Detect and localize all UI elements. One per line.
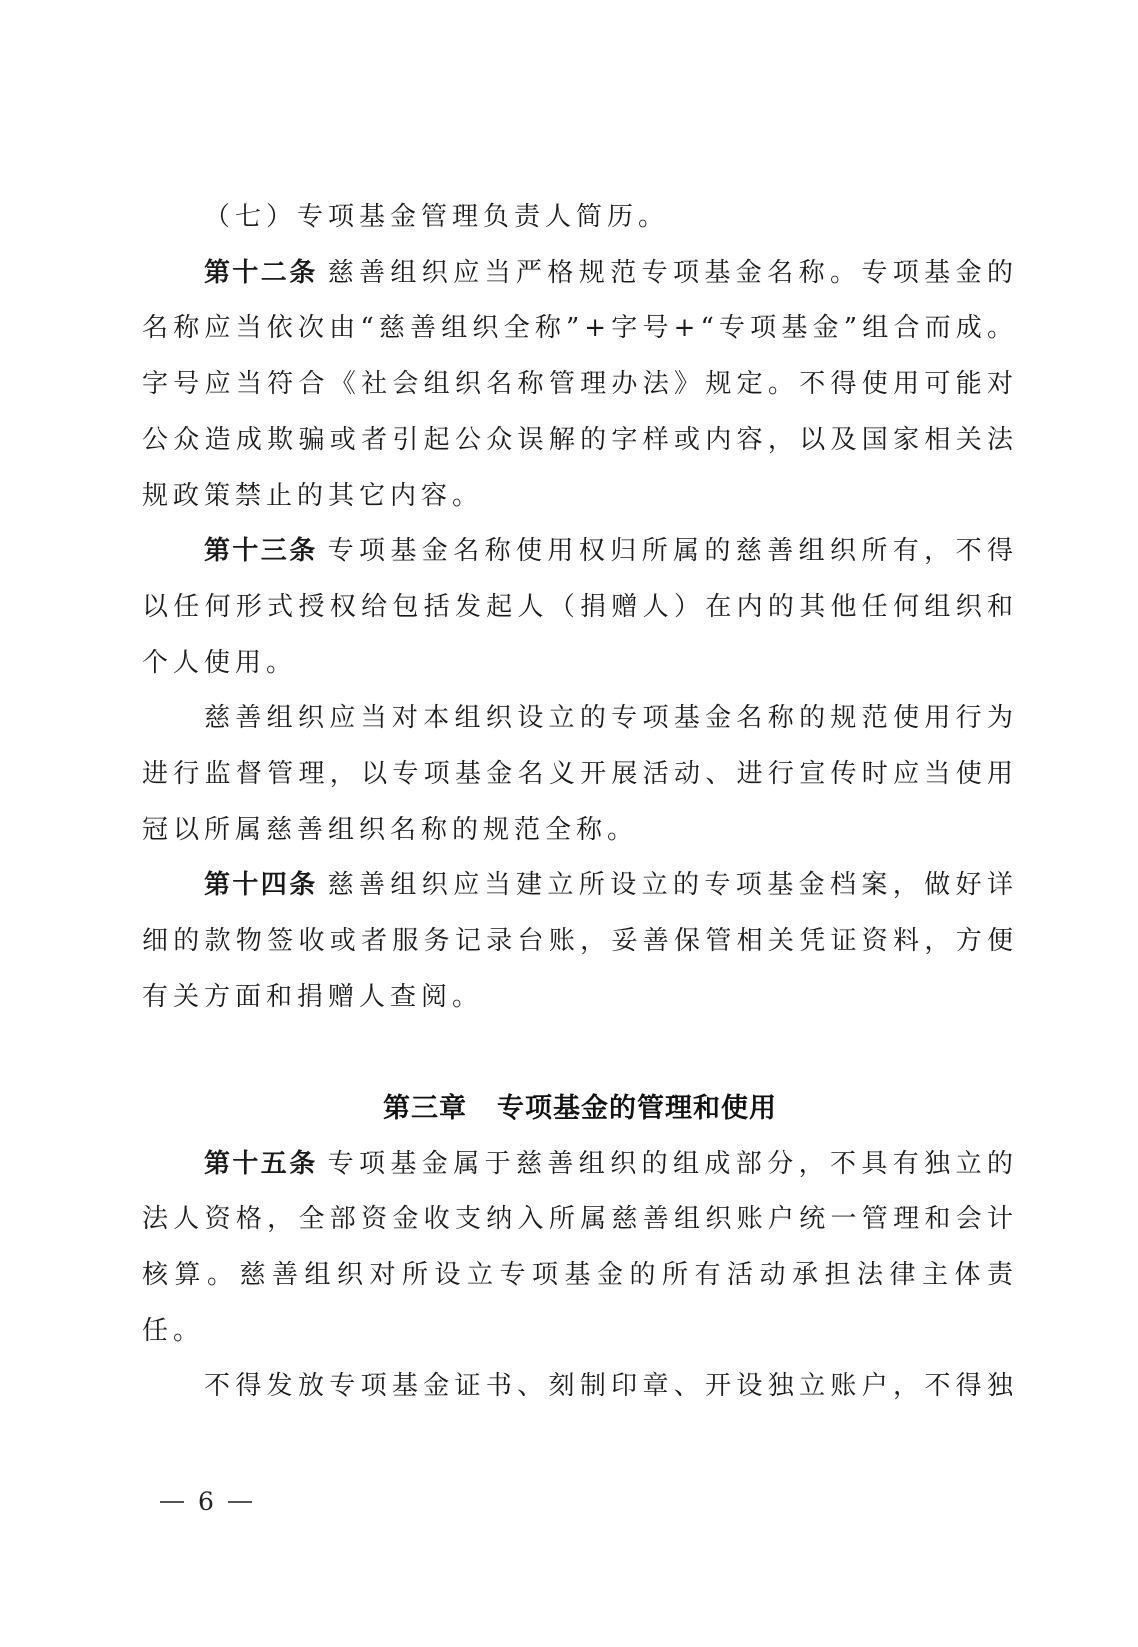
page-number-dash-right: [228, 1501, 252, 1503]
chapter-heading: 第三章专项基金的管理和使用: [142, 1081, 1018, 1137]
chapter-title: 专项基金的管理和使用: [497, 1093, 777, 1124]
article-12: 第十二条慈善组织应当严格规范专项基金名称。专项基金的名称应当依次由“慈善组织全称…: [142, 246, 1018, 525]
page-number: 6: [160, 1487, 252, 1516]
article-label: 第十三条: [204, 536, 318, 566]
document-page: （七）专项基金管理负责人简历。 第十二条慈善组织应当严格规范专项基金名称。专项基…: [142, 190, 1018, 1415]
article-15: 第十五条专项基金属于慈善组织的组成部分，不具有独立的法人资格，全部资金收支纳入所…: [142, 1137, 1018, 1360]
article-13-paragraph-2: 慈善组织应当对本组织设立的专项基金名称的规范使用行为进行监督管理，以专项基金名义…: [142, 691, 1018, 858]
article-label: 第十四条: [204, 870, 318, 900]
paragraph-text: （七）专项基金管理负责人简历。: [204, 202, 669, 232]
article-14: 第十四条慈善组织应当建立所设立的专项基金档案，做好详细的款物签收或者服务记录台账…: [142, 858, 1018, 1025]
article-label: 第十二条: [204, 258, 318, 288]
paragraph-text: 慈善组织应当对本组织设立的专项基金名称的规范使用行为进行监督管理，以专项基金名义…: [142, 703, 1018, 844]
article-15-paragraph-2: 不得发放专项基金证书、刻制印章、开设独立账户，不得独: [142, 1359, 1018, 1415]
article-13: 第十三条专项基金名称使用权归所属的慈善组织所有，不得以任何形式授权给包括发起人（…: [142, 524, 1018, 691]
chapter-number: 第三章: [383, 1093, 467, 1124]
page-number-dash-left: [160, 1501, 184, 1503]
paragraph-text: 不得发放专项基金证书、刻制印章、开设独立账户，不得独: [204, 1371, 1018, 1401]
page-number-value: 6: [198, 1487, 214, 1516]
paragraph-item-7: （七）专项基金管理负责人简历。: [142, 190, 1018, 246]
article-text: 慈善组织应当严格规范专项基金名称。专项基金的名称应当依次由“慈善组织全称”+字号…: [142, 258, 1018, 511]
article-label: 第十五条: [204, 1149, 318, 1179]
